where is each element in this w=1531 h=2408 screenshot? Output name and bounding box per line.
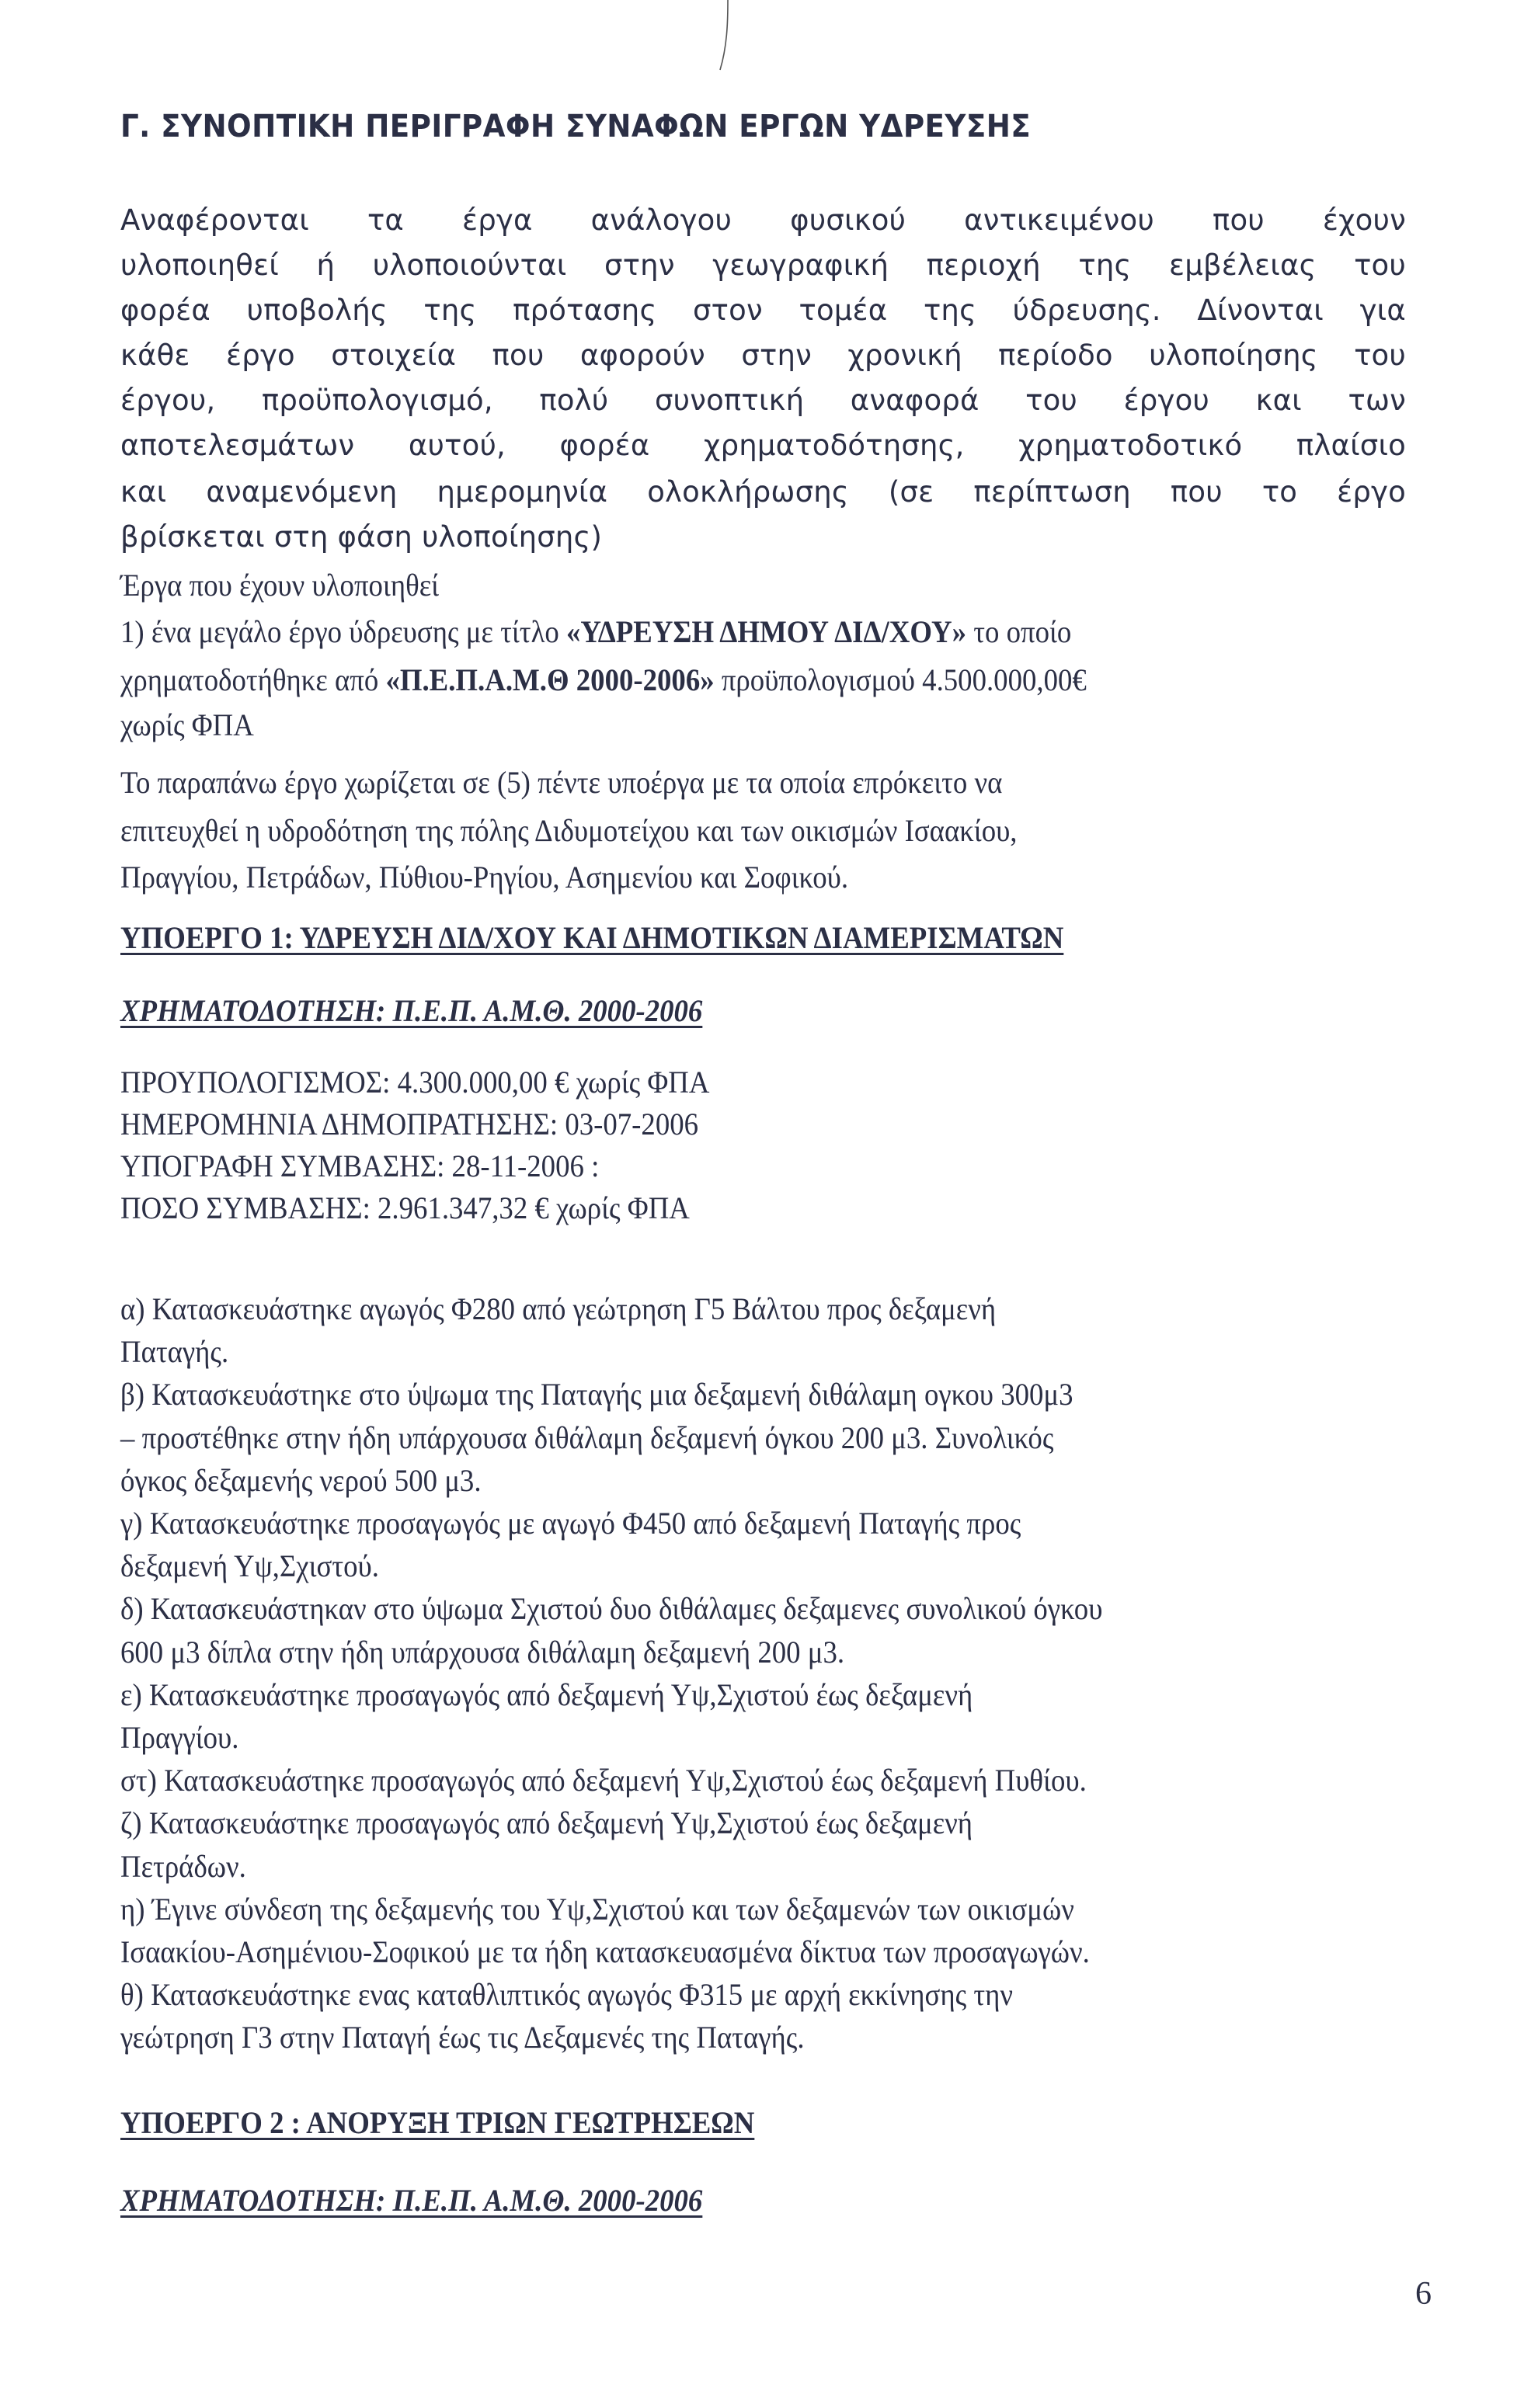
works-line: γ) Κατασκευάστηκε προσαγωγός με αγωγό Φ4… xyxy=(120,1505,1021,1541)
intro-line: Αναφέρονται τα έργα ανάλογου φυσικού αντ… xyxy=(120,203,1406,237)
intro-line: υλοποιηθεί ή υλοποιούνται στην γεωγραφικ… xyxy=(120,248,1406,282)
works-line: ε) Κατασκευάστηκε προσαγωγός από δεξαμεν… xyxy=(120,1677,973,1713)
works-line: α) Κατασκευάστηκε αγωγός Φ280 από γεώτρη… xyxy=(120,1291,996,1327)
works-line: η) Έγινε σύνδεση της δεξαμενής του Υψ,Σχ… xyxy=(120,1891,1074,1927)
subproject2-funding: ΧΡΗΜΑΤΟΔΟΤΗΣΗ: Π.Ε.Π. Α.Μ.Θ. 2000-2006 xyxy=(120,2182,702,2219)
project1-program: «Π.Ε.Π.Α.Μ.Θ 2000-2006» xyxy=(385,662,714,697)
project1-line: χρηματοδοτήθηκε από «Π.Ε.Π.Α.Μ.Θ 2000-20… xyxy=(120,662,1087,698)
works-line: ζ) Κατασκευάστηκε προσαγωγός από δεξαμεν… xyxy=(120,1805,973,1841)
page-number: 6 xyxy=(1415,2275,1432,2312)
subproject1-detail: ΠΡΟΥΠΟΛΟΓΙΣΜΟΣ: 4.300.000,00 € χωρίς ΦΠΑ xyxy=(120,1064,709,1100)
subproject1-detail: ΗΜΕΡΟΜΗΝΙΑ ΔΗΜΟΠΡΑΤΗΣΗΣ: 03-07-2006 xyxy=(120,1106,698,1142)
works-line: θ) Κατασκευάστηκε ενας καταθλιπτικός αγω… xyxy=(120,1976,1013,2013)
pen-mark xyxy=(719,0,729,71)
works-line: – προστέθηκε στην ήδη υπάρχουσα διθάλαμη… xyxy=(120,1419,1053,1456)
intro-line: και αναμενόμενη ημερομηνία ολοκλήρωσης (… xyxy=(120,475,1406,509)
section-title: Γ. ΣΥΝΟΠΤΙΚΗ ΠΕΡΙΓΡΑΦΗ ΣΥΝΑΦΩΝ ΕΡΓΩΝ ΥΔΡ… xyxy=(120,109,1031,144)
subproject2-title: ΥΠΟΕΡΓΟ 2 : ΑΝΟΡΥΞΗ ΤΡΙΩΝ ΓΕΩΤΡΗΣΕΩΝ xyxy=(120,2104,754,2141)
project1-line: 1) ένα μεγάλο έργο ύδρευσης με τίτλο «ΥΔ… xyxy=(120,613,1071,650)
subprojects-line: επιτευχθεί η υδροδότηση της πόλης Διδυμο… xyxy=(120,812,1018,849)
project1-text: χρηματοδοτήθηκε από xyxy=(120,662,385,697)
subprojects-line: Πραγγίου, Πετράδων, Πύθιου-Ρηγίου, Ασημε… xyxy=(120,859,848,895)
subproject1-title: ΥΠΟΕΡΓΟ 1: ΥΔΡΕΥΣΗ ΔΙΔ/ΧΟΥ ΚΑΙ ΔΗΜΟΤΙΚΩΝ… xyxy=(120,919,1063,956)
intro-line: έργου, προϋπολογισμό, πολύ συνοπτική ανα… xyxy=(120,384,1406,417)
works-line: Πραγγίου. xyxy=(120,1719,238,1756)
works-line: Πετράδων. xyxy=(120,1848,246,1885)
works-line: 600 μ3 δίπλα στην ήδη υπάρχουσα διθάλαμη… xyxy=(120,1634,844,1670)
works-line: δεξαμενή Υψ,Σχιστού. xyxy=(120,1548,379,1584)
works-line: Παταγής. xyxy=(120,1333,228,1370)
project1-budget: προϋπολογισμού 4.500.000,00€ xyxy=(715,662,1087,697)
works-line: στ) Κατασκευάστηκε προσαγωγός από δεξαμε… xyxy=(120,1762,1087,1798)
subprojects-line: Το παραπάνω έργο χωρίζεται σε (5) πέντε … xyxy=(120,764,1002,801)
works-line: β) Κατασκευάστηκε στο ύψωμα της Παταγής … xyxy=(120,1376,1073,1412)
project1-line: χωρίς ΦΠΑ xyxy=(120,707,254,743)
works-line: Ισαακίου-Ασημένιου-Σοφικού με τα ήδη κατ… xyxy=(120,1934,1090,1970)
intro-line: βρίσκεται στη φάση υλοποίησης) xyxy=(120,520,602,554)
intro-line: αποτελεσμάτων αυτού, φορέα χρηματοδότηση… xyxy=(120,429,1406,462)
subproject1-detail: ΥΠΟΓΡΑΦΗ ΣΥΜΒΑΣΗΣ: 28-11-2006 : xyxy=(120,1148,599,1184)
subproject1-funding: ΧΡΗΜΑΤΟΔΟΤΗΣΗ: Π.Ε.Π. Α.Μ.Θ. 2000-2006 xyxy=(120,992,702,1029)
project1-text: 1) ένα μεγάλο έργο ύδρευσης με τίτλο xyxy=(120,614,566,649)
works-line: όγκος δεξαμενής νερού 500 μ3. xyxy=(120,1462,482,1499)
works-line: γεώτρηση Γ3 στην Παταγή έως τις Δεξαμενέ… xyxy=(120,2019,805,2055)
intro-line: κάθε έργο στοιχεία που αφορούν στην χρον… xyxy=(120,339,1406,372)
project1-title: «ΥΔΡΕΥΣΗ ΔΗΜΟΥ ΔΙΔ/ΧΟΥ» xyxy=(566,614,966,649)
completed-label: Έργα που έχουν υλοποιηθεί xyxy=(120,567,439,603)
intro-line: φορέα υποβολής της πρότασης στον τομέα τ… xyxy=(120,294,1406,327)
project1-text: το οποίο xyxy=(966,614,1071,649)
subproject1-detail: ΠΟΣΟ ΣΥΜΒΑΣΗΣ: 2.961.347,32 € χωρίς ΦΠΑ xyxy=(120,1190,690,1226)
works-line: δ) Κατασκευάστηκαν στο ύψωμα Σχιστού δυο… xyxy=(120,1590,1102,1627)
